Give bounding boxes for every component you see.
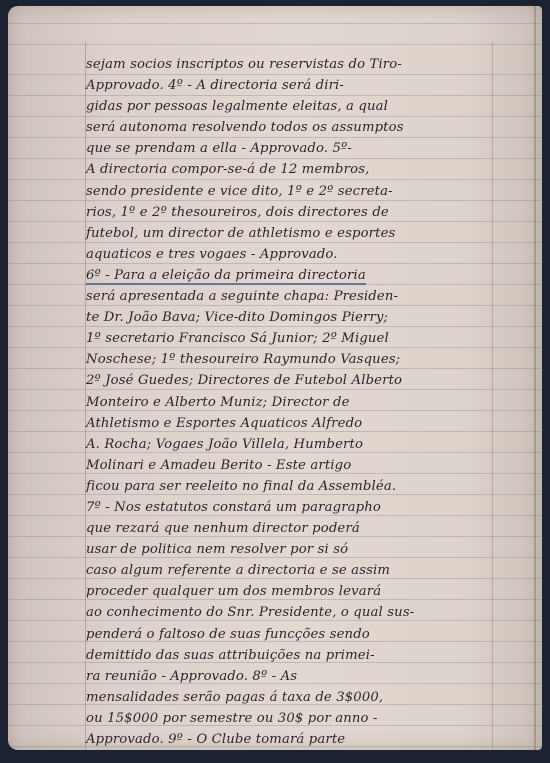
page-edge (534, 6, 536, 750)
text-line: Noschese; 1º thesoureiro Raymundo Vasque… (86, 349, 506, 370)
underlined-text: 6º - Para a eleição da primeira director… (86, 268, 366, 285)
text-line-underlined: 6º - Para a eleição da primeira director… (86, 265, 506, 286)
text-line: 2º José Guedes; Directores de Futebol Al… (86, 370, 506, 391)
text-line: mensalidades serão pagas á taxa de 3$000… (86, 687, 506, 708)
text-line: te Dr. João Bava; Vice-dito Domingos Pie… (86, 307, 506, 328)
text-line: Athletismo e Esportes Aquaticos Alfredo (86, 413, 506, 434)
text-line: caso algum referente a directoria e se a… (86, 560, 506, 581)
text-line: 7º - Nos estatutos constará um paragraph… (86, 497, 506, 518)
text-line: ou 15$000 por semestre ou 30$ por anno - (86, 708, 506, 729)
text-line: usar de politica nem resolver por si só (86, 539, 506, 560)
text-line: A. Rocha; Vogaes João Villela, Humberto (86, 434, 506, 455)
text-line: penderá o faltoso de suas funcções sendo (86, 624, 506, 645)
text-line: será apresentada a seguinte chapa: Presi… (86, 286, 506, 307)
text-line: proceder qualquer um dos membros levará (86, 581, 506, 602)
handwritten-text: sejam socios inscriptos ou reservistas d… (86, 54, 506, 750)
text-line: Molinari e Amadeu Berito - Este artigo (86, 455, 506, 476)
text-line: que rezará que nenhum director poderá (86, 518, 506, 539)
text-line: Approvado. 9º - O Clube tomará parte (86, 729, 506, 750)
text-line: será autonoma resolvendo todos os assump… (86, 117, 506, 138)
text-line: ra reunião - Approvado. 8º - As (86, 666, 506, 687)
text-line: Monteiro e Alberto Muniz; Director de (86, 392, 506, 413)
text-line: ao conhecimento do Snr. Presidente, o qu… (86, 602, 506, 623)
text-line: futebol, um director de athletismo e esp… (86, 223, 506, 244)
text-line: ficou para ser reeleito no final da Asse… (86, 476, 506, 497)
text-line: 1º secretario Francisco Sá Junior; 2º Mi… (86, 328, 506, 349)
text-line: rios, 1º e 2º thesoureiros, dois directo… (86, 202, 506, 223)
text-line: gidas por pessoas legalmente eleitas, a … (86, 96, 506, 117)
notebook-page: sejam socios inscriptos ou reservistas d… (8, 6, 542, 750)
text-line: Approvado. 4º - A directoria será diri- (86, 75, 506, 96)
text-line: sejam socios inscriptos ou reservistas d… (86, 54, 506, 75)
text-line: demittido das suas attribuições na prime… (86, 645, 506, 666)
text-line: A directoria compor-se-á de 12 membros, (86, 159, 506, 180)
text-line: que se prendam a ella - Approvado. 5º- (86, 138, 506, 159)
text-line: sendo presidente e vice dito, 1º e 2º se… (86, 181, 506, 202)
text-line: aquaticos e tres vogaes - Approvado. (86, 244, 506, 265)
